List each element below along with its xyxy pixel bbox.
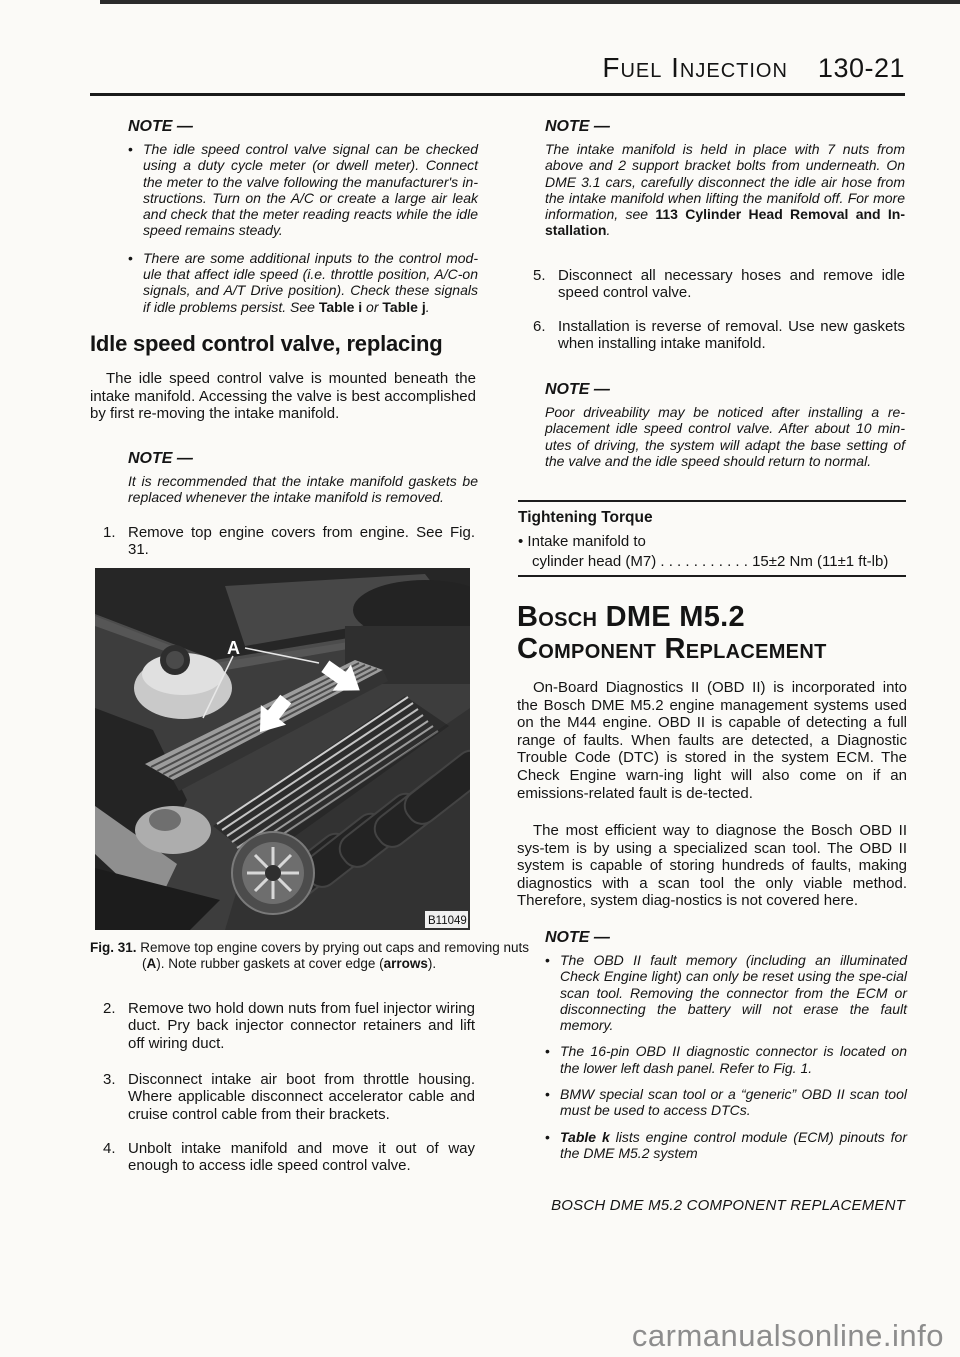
- table-i-ref: Table i: [319, 299, 362, 315]
- step-text: Disconnect intake air boot from throttle…: [128, 1071, 475, 1123]
- heading-line1: Bosch DME M5.2: [517, 601, 912, 633]
- intro-paragraph: The idle speed control valve is mounted …: [90, 370, 476, 423]
- running-footer: BOSCH DME M5.2 COMPONENT REPLACEMENT: [520, 1197, 905, 1214]
- note-text: The OBD II fault memory (including an il…: [560, 952, 907, 1033]
- caption-ref-arrows: arrows: [384, 956, 428, 971]
- step-1: 1. Remove top engine covers from engine.…: [103, 524, 475, 559]
- caption-text: ). Note rubber gaskets at cover edge (: [156, 956, 383, 971]
- figure-caption-label: Fig. 31.: [90, 940, 137, 955]
- step-number: 2.: [103, 1000, 128, 1052]
- dot-leader: . . . . . . . . . . .: [656, 553, 752, 570]
- bullet-marker: •: [545, 952, 550, 968]
- note-text: or: [362, 299, 382, 315]
- heading-bosch-dme: Bosch DME M5.2 Component Replacement: [517, 601, 912, 665]
- note-bullet: • There are some additional inputs to th…: [128, 250, 478, 315]
- figure-caption: Fig. 31. Remove top engine covers by pry…: [90, 940, 538, 972]
- bullet-marker: •: [128, 141, 133, 157]
- scan-artifact-top-bar: [100, 0, 960, 4]
- heading-line2: Component Replacement: [517, 633, 912, 665]
- note-bullet: • BMW special scan tool or a “generic” O…: [545, 1086, 907, 1119]
- tightening-torque-spec: Tightening Torque • Intake manifold to c…: [518, 509, 906, 571]
- photo-id-tag: B11049: [425, 911, 468, 928]
- strut-mount-cap: [232, 832, 314, 914]
- step-number: 4.: [103, 1140, 128, 1175]
- note-bullet: • The OBD II fault memory (including an …: [545, 952, 907, 1033]
- watermark: carmanualsonline.info: [632, 1318, 944, 1354]
- step-5: 5. Disconnect all necessary hoses and re…: [533, 267, 905, 302]
- note-gaskets: NOTE — It is recommended that the intake…: [128, 450, 478, 506]
- note-label: NOTE —: [545, 381, 905, 399]
- step-number: 5.: [533, 267, 558, 302]
- bullet-marker: •: [128, 250, 133, 266]
- note-obd: NOTE — • The OBD II fault memory (includ…: [545, 929, 907, 1171]
- heading-idle-speed-control-valve: Idle speed control valve, replacing: [90, 331, 490, 357]
- step-text: Unbolt intake manifold and move it out o…: [128, 1140, 475, 1175]
- engine-bay-photo-svg: A B11049: [95, 568, 470, 930]
- step-text: Remove two hold down nuts from fuel inje…: [128, 1000, 475, 1052]
- note-bullet: • The 16-pin OBD II diagnostic connector…: [545, 1043, 907, 1076]
- photo-id: B11049: [428, 915, 467, 927]
- bullet-marker: •: [545, 1086, 550, 1102]
- step-3: 3. Disconnect intake air boot from throt…: [103, 1071, 475, 1123]
- header-rule: [90, 93, 905, 96]
- bullet-marker: •: [545, 1043, 550, 1059]
- torque-item-label: cylinder head (M7): [532, 553, 656, 570]
- note-text: lists engine control module (ECM) pinout…: [560, 1129, 907, 1161]
- bullet-marker: •: [545, 1129, 550, 1145]
- note-bullet: • The idle speed control valve signal ca…: [128, 141, 478, 239]
- note-text: It is recommended that the intake manifo…: [128, 473, 478, 506]
- torque-rule-top: [518, 500, 906, 502]
- note-text: .: [426, 299, 430, 315]
- step-text: Disconnect all necessary hoses and remov…: [558, 267, 905, 302]
- step-text: Remove top engine covers from engine. Se…: [128, 524, 475, 559]
- step-2: 2. Remove two hold down nuts from fuel i…: [103, 1000, 475, 1052]
- step-4: 4. Unbolt intake manifold and move it ou…: [103, 1140, 475, 1175]
- caption-ref-a: A: [147, 956, 157, 971]
- note-driveability: NOTE — Poor driveability may be noticed …: [545, 381, 905, 469]
- note-label: NOTE —: [128, 118, 478, 136]
- note-label: NOTE —: [545, 929, 907, 947]
- note-text: The idle speed control valve signal can …: [143, 141, 478, 238]
- obd-paragraph-1: On-Board Diagnostics II (OBD II) is inco…: [517, 679, 907, 802]
- note-text: .: [606, 222, 610, 238]
- page-header: Fuel Injection 130-21: [380, 52, 905, 84]
- note-idle-valve-signal: NOTE — • The idle speed control valve si…: [128, 118, 478, 326]
- torque-heading: Tightening Torque: [518, 509, 906, 527]
- torque-rule-bottom: [518, 575, 906, 577]
- torque-value: 15±2 Nm (11±1 ft-lb): [752, 553, 888, 570]
- caption-text: ).: [428, 956, 436, 971]
- note-text: Poor driveability may be noticed after i…: [545, 404, 905, 469]
- label-a: A: [227, 638, 240, 658]
- torque-item-line1: • Intake manifold to: [518, 532, 906, 552]
- table-k-ref: Table k: [560, 1129, 610, 1145]
- step-number: 3.: [103, 1071, 128, 1123]
- step-number: 6.: [533, 318, 558, 353]
- note-intake-manifold: NOTE — The intake manifold is held in pl…: [545, 118, 905, 239]
- note-text: The intake manifold is held in place wit…: [545, 141, 905, 239]
- page-number: 130-21: [818, 53, 905, 84]
- note-bullet: • Table k lists engine control module (E…: [545, 1129, 907, 1162]
- section-title: Fuel Injection: [602, 52, 788, 84]
- step-number: 1.: [103, 524, 128, 559]
- engine-bay-photo: A B11049: [95, 568, 470, 930]
- step-6: 6. Installation is reverse of removal. U…: [533, 318, 905, 353]
- note-text: BMW special scan tool or a “generic” OBD…: [560, 1086, 907, 1118]
- note-label: NOTE —: [128, 450, 478, 468]
- manual-page: Fuel Injection 130-21 NOTE — • The idle …: [0, 0, 960, 1357]
- torque-item-text: Intake manifold to: [523, 533, 646, 550]
- step-text: Installation is reverse of removal. Use …: [558, 318, 905, 353]
- obd-paragraph-2: The most efficient way to diagnose the B…: [517, 822, 907, 910]
- note-label: NOTE —: [545, 118, 905, 136]
- table-j-ref: Table j: [382, 299, 425, 315]
- note-text: The 16-pin OBD II diagnostic connector i…: [560, 1043, 907, 1075]
- torque-item-line2: cylinder head (M7) . . . . . . . . . . .…: [518, 552, 906, 572]
